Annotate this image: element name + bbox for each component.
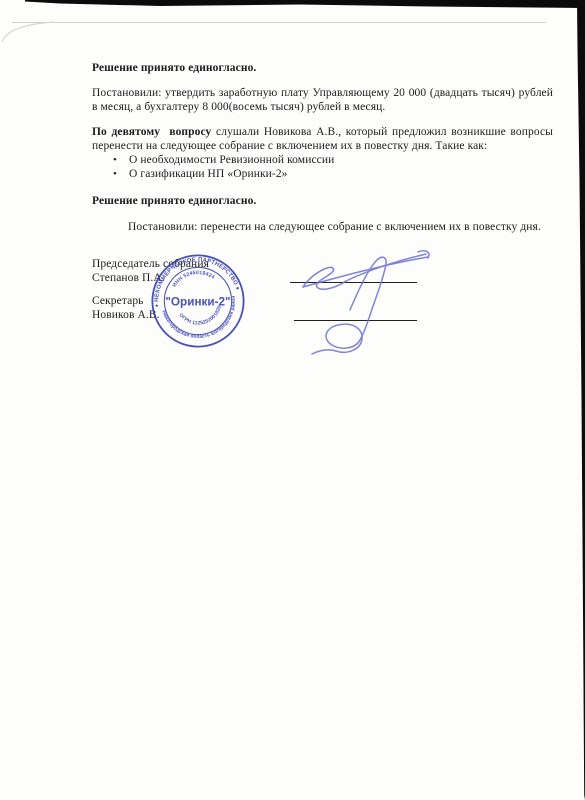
- decision-heading-2: Решение принято единогласно.: [92, 194, 256, 208]
- list-item: • О необходимости Ревизионной комиссии: [113, 153, 533, 167]
- bullet-text: О газификации НП «Оринки-2»: [129, 167, 288, 181]
- handwritten-signatures: [280, 245, 450, 360]
- paper-corner-curve: [0, 0, 80, 50]
- ninth-question-paragraph: По девятому вопросу слушали Новикова А.В…: [92, 125, 553, 153]
- paper-fold-line: [12, 22, 546, 23]
- ninth-question-lead: По девятому вопросу: [92, 126, 211, 138]
- scan-edge-right: [570, 0, 585, 800]
- organization-stamp: ♦ НЕКОММЕРЧЕСКОЕ ПАРТНЕРСТВО ♦ Нижегород…: [150, 252, 246, 350]
- resolution-paragraph-1: Постановили: утвердить заработную плату …: [92, 86, 553, 114]
- list-item: • О газификации НП «Оринки-2»: [113, 167, 533, 181]
- scan-edge-top: [0, 0, 585, 14]
- agenda-bullet-list: • О необходимости Ревизионной комиссии •…: [113, 153, 533, 181]
- scanned-document-page: Решение принято единогласно. Постановили…: [0, 0, 585, 800]
- secretary-title: Секретарь: [92, 294, 144, 308]
- bullet-icon: •: [113, 167, 129, 181]
- bullet-text: О необходимости Ревизионной комиссии: [129, 153, 334, 167]
- stamp-center-text: "Оринки-2": [165, 294, 230, 308]
- bullet-icon: •: [113, 153, 129, 167]
- signature-tall-loop: [312, 257, 386, 354]
- decision-heading-1: Решение принято единогласно.: [92, 61, 256, 75]
- resolution-paragraph-2: Постановили: перенести на следующее собр…: [128, 220, 558, 234]
